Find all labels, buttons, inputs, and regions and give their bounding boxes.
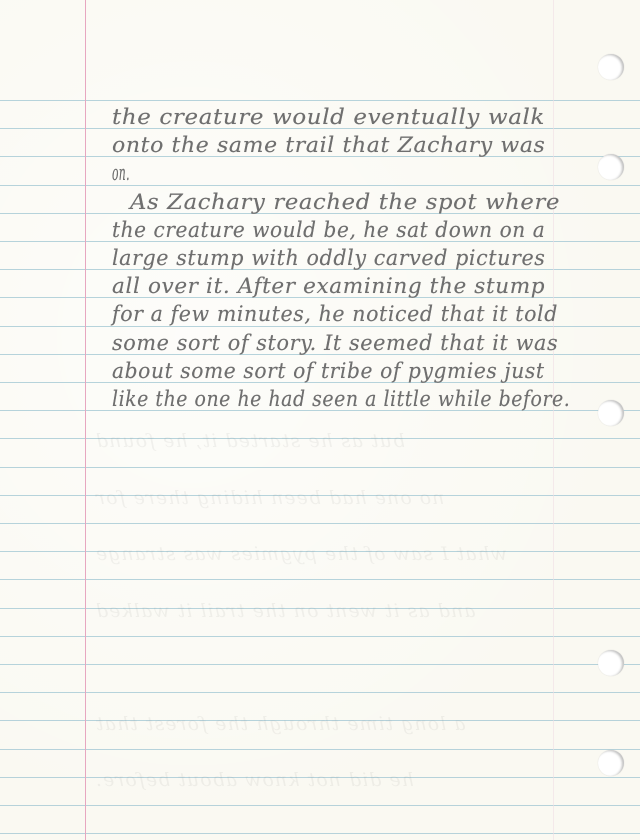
punch-hole xyxy=(598,54,624,80)
handwritten-line-2: onto the same trail that Zachary was xyxy=(112,135,545,156)
ruled-line xyxy=(0,664,640,665)
bleed-through-text: no one had been hiding there for xyxy=(95,487,444,509)
bleed-through-text: what I saw of the pygmies was strange xyxy=(95,543,507,565)
bleed-through-text: a long time through the forest that xyxy=(95,713,466,735)
handwritten-line-6: large stump with oddly carved pictures xyxy=(112,248,545,269)
bleed-through-text: but as he started it, he found xyxy=(95,430,405,452)
left-margin-line xyxy=(85,0,86,840)
ruled-line xyxy=(0,523,640,524)
ruled-line xyxy=(0,805,640,806)
handwritten-line-1: the creature would eventually walk xyxy=(112,107,545,128)
punch-hole xyxy=(598,400,624,426)
handwritten-line-9: some sort of story. It seemed that it wa… xyxy=(112,333,558,354)
ruled-line xyxy=(0,636,640,637)
ruled-line xyxy=(0,185,640,186)
handwritten-line-11: like the one he had seen a little while … xyxy=(112,389,570,410)
ruled-line xyxy=(0,467,640,468)
ruled-line xyxy=(0,749,640,750)
handwritten-line-8: for a few minutes, he noticed that it to… xyxy=(112,304,558,325)
punch-hole xyxy=(598,650,624,676)
bleed-through-text: and as it went on the trail it walked xyxy=(95,600,476,622)
handwritten-line-7: all over it. After examining the stump xyxy=(112,276,545,297)
notebook-page: but as he started it, he found no one ha… xyxy=(0,0,640,840)
ruled-line xyxy=(0,692,640,693)
right-margin-line xyxy=(553,0,554,840)
punch-hole xyxy=(598,154,624,180)
ruled-line xyxy=(0,579,640,580)
handwritten-line-10: about some sort of tribe of pygmies just xyxy=(112,361,545,382)
bleed-through-text: he did not know about before. xyxy=(95,769,414,791)
ruled-line xyxy=(0,326,640,327)
ruled-line xyxy=(0,833,640,834)
punch-hole xyxy=(598,750,624,776)
handwritten-line-5: the creature would be, he sat down on a xyxy=(112,220,545,241)
handwritten-line-3: on. xyxy=(112,163,130,184)
ruled-line xyxy=(0,100,640,101)
handwritten-line-4: As Zachary reached the spot where xyxy=(130,192,560,213)
